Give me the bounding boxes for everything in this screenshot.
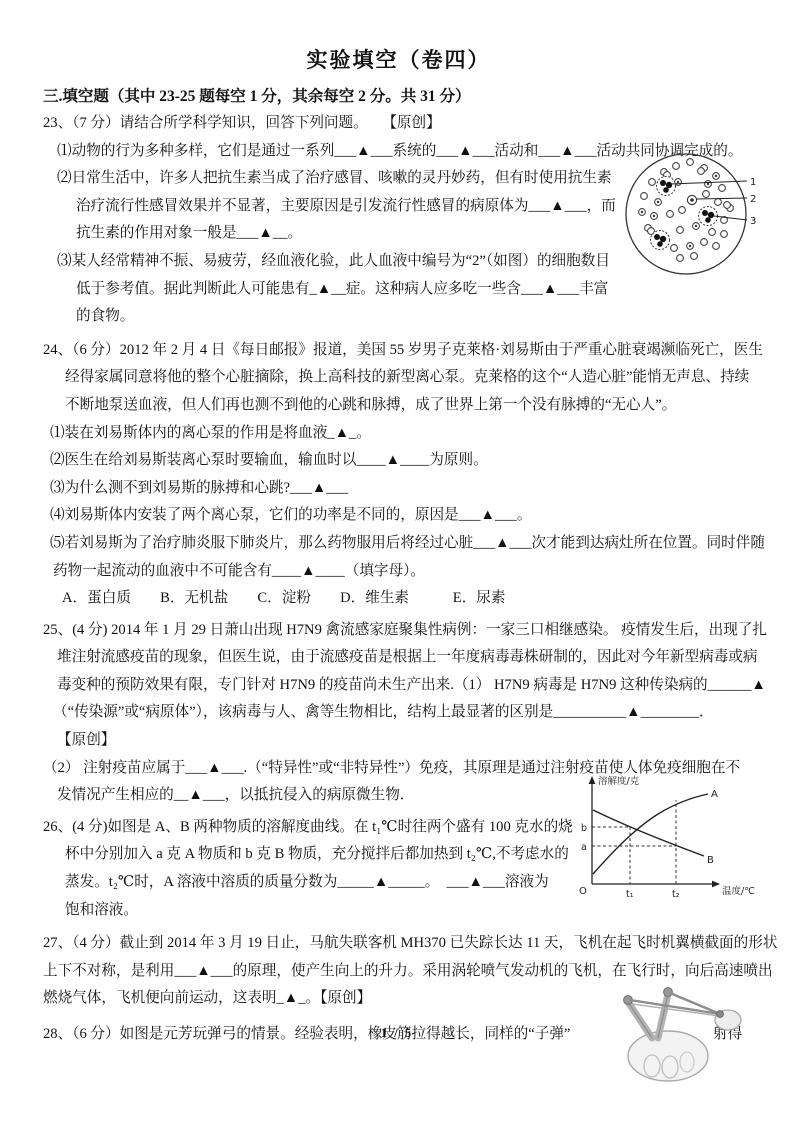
guide-lines	[592, 800, 676, 884]
xtick-t1: t₁	[626, 889, 634, 900]
blood-label-1: 1	[750, 177, 756, 188]
solubility-chart: 溶解度/克 温度/℃ O b a t₁ t₂ A B	[576, 770, 792, 909]
q24-item-2: ⑵医生在给刘易斯装离心泵时要输血，输血时以____▲____为原则。	[43, 447, 754, 475]
q24-head-line-1: 24、（6 分）2012 年 2 月 4 日《每日邮报》报道，美国 55 岁男子…	[43, 337, 754, 365]
blood-smear-figure: 1 2 3	[618, 150, 760, 291]
exam-page: 实验填空（卷四） 三.填空题（其中 23-25 题每空 1 分，其余每空 2 分…	[0, 0, 794, 1123]
xtick-t2: t₂	[672, 889, 680, 900]
curve-B	[593, 810, 704, 856]
q24-item-1: ⑴装在刘易斯体内的离心泵的作用是将血液_▲_。	[43, 420, 754, 448]
origin-label: O	[579, 886, 587, 897]
q23-item-3-line-3: 的食物。	[43, 303, 754, 331]
q24-item-4: ⑷刘易斯体内安装了两个离心泵，它们的功率是不同的，原因是___▲___。	[43, 502, 754, 530]
q23-head: 23、（7 分）请结合所学科学知识，回答下列问题。 【原创】	[43, 110, 754, 138]
q24-head-line-3: 不断地泵送血液，但人们再也测不到他的心跳和脉搏，成了世界上第一个没有脉搏的“无心…	[43, 392, 754, 420]
section-heading: 三.填空题（其中 23-25 题每空 1 分，其余每空 2 分。共 31 分）	[43, 84, 754, 106]
q25-line-4: （“传染源”或“病原体”），该病毒与人、禽等生物相比，结构上最显著的区别是___…	[43, 699, 754, 727]
q24-options: A．蛋白质 B．无机盐 C．淀粉 D．维生素 E．尿素	[43, 585, 754, 613]
curve-A-label: A	[711, 789, 718, 800]
q25-line-1: 25、(4 分) 2014 年 1 月 29 日萧山出现 H7N9 禽流感家庭聚…	[43, 617, 754, 645]
q27-line-1: 27、（4 分）截止到 2014 年 3 月 19 日止，马航失联客机 MH37…	[43, 930, 754, 958]
y-axis-label: 溶解度/克	[598, 775, 640, 787]
page-number: 1 / 5	[0, 1026, 794, 1041]
rubber-band	[630, 993, 720, 1016]
curve-A	[593, 794, 708, 874]
solubility-chart-svg: 溶解度/克 温度/℃ O b a t₁ t₂ A B	[576, 770, 792, 904]
q25-line-2: 堆注射流感疫苗的现象，但医生说，由于流感疫苗是根据上一年度病毒毒株研制的，因此对…	[43, 644, 754, 672]
page-title: 实验填空（卷四）	[43, 44, 754, 74]
axis-arrows	[589, 776, 720, 887]
q24-item-5-line-1: ⑸若刘易斯为了治疗肺炎服下肺炎片，那么药物服用后将经过心脏___▲___次才能到…	[43, 530, 754, 558]
q25-original-tag: 【原创】	[43, 727, 754, 755]
ytick-b: b	[581, 823, 587, 834]
x-axis-label: 温度/℃	[722, 885, 755, 897]
q24-head-line-2: 经得家属同意将他的整个心脏摘除，换上高科技的新型离心泵。克莱格的这个“人造心脏”…	[43, 364, 754, 392]
q25-line-3: 毒变种的预防效果有限，专门针对 H7N9 的疫苗尚未生产出来.（1） H7N9 …	[43, 672, 754, 700]
blood-label-3: 3	[750, 216, 756, 227]
blood-label-2: 2	[750, 194, 756, 205]
ytick-a: a	[581, 842, 587, 853]
curve-B-label: B	[707, 855, 714, 866]
blood-smear-svg: 1 2 3	[618, 150, 760, 286]
q24-item-3: ⑶为什么测不到刘易斯的脉搏和心跳?___▲___	[43, 475, 754, 503]
q24-item-5-line-2: 药物一起流动的血液中不可能含有____▲____（填字母）。	[43, 558, 754, 586]
